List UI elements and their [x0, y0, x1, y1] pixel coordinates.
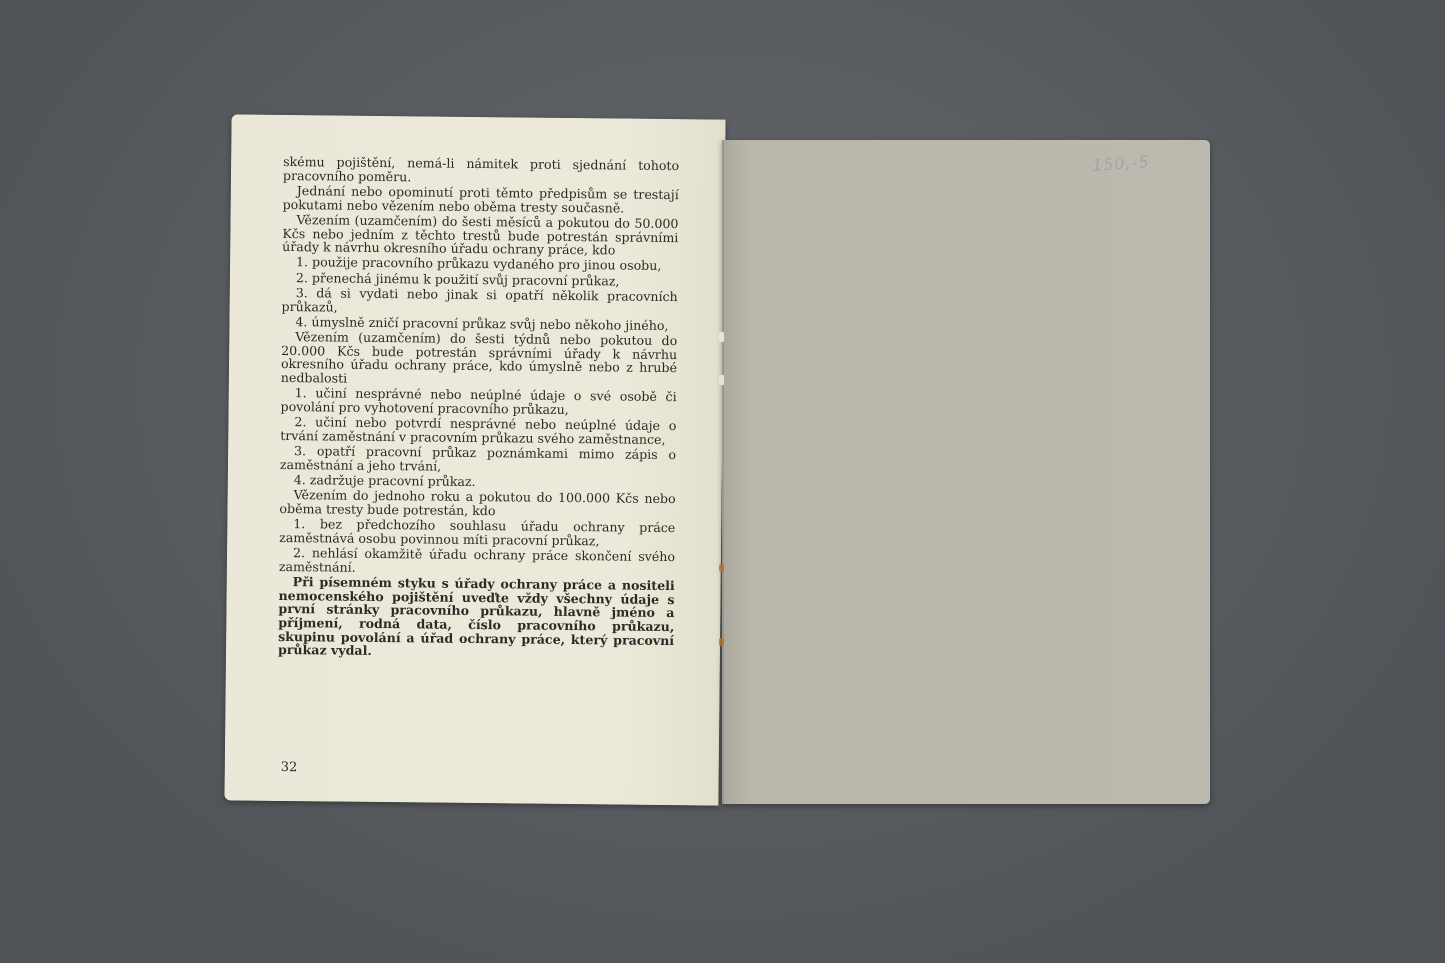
left-page: skému pojištění, nemá-li námitek proti s… [224, 114, 725, 805]
list-item: 2. učiní nebo potvrdí nesprávné nebo neú… [280, 415, 676, 447]
paragraph: Vězením (uzamčením) do šesti týdnů nebo … [281, 330, 678, 389]
paragraph: skému pojištění, nemá-li námitek proti s… [283, 155, 679, 187]
list-item: 1. učiní nesprávné nebo neúplné údaje o … [280, 386, 676, 418]
open-booklet: skému pojištění, nemá-li námitek proti s… [0, 0, 1445, 963]
spine [722, 140, 724, 804]
paragraph: Vězením do jednoho roku a pokutou do 100… [279, 488, 675, 520]
page-text: skému pojištění, nemá-li námitek proti s… [278, 155, 679, 663]
paragraph: Jednání nebo opominutí proti těmto předp… [283, 184, 679, 216]
list-item: 1. bez předchozího souhlasu úřadu ochran… [279, 517, 675, 549]
list-item: 3. opatří pracovní průkaz poznámkami mim… [280, 444, 676, 476]
staple-icon [719, 332, 724, 342]
staple-icon [719, 375, 724, 385]
paragraph: Vězením (uzamčením) do šesti měsíců a po… [282, 213, 678, 258]
pencil-note: 150,-5 [1091, 152, 1150, 175]
page-number: 32 [281, 760, 298, 775]
right-page-inner-cover: 150,-5 [722, 140, 1210, 804]
rust-stain [719, 564, 724, 572]
list-item: 2. nehlásí okamžitě úřadu ochrany práce … [279, 546, 675, 578]
list-item: 3. dá si vydati nebo jinak si opatří něk… [282, 286, 678, 318]
bold-notice-paragraph: Při písemném styku s úřady ochrany práce… [278, 575, 675, 661]
rust-stain [719, 638, 724, 646]
